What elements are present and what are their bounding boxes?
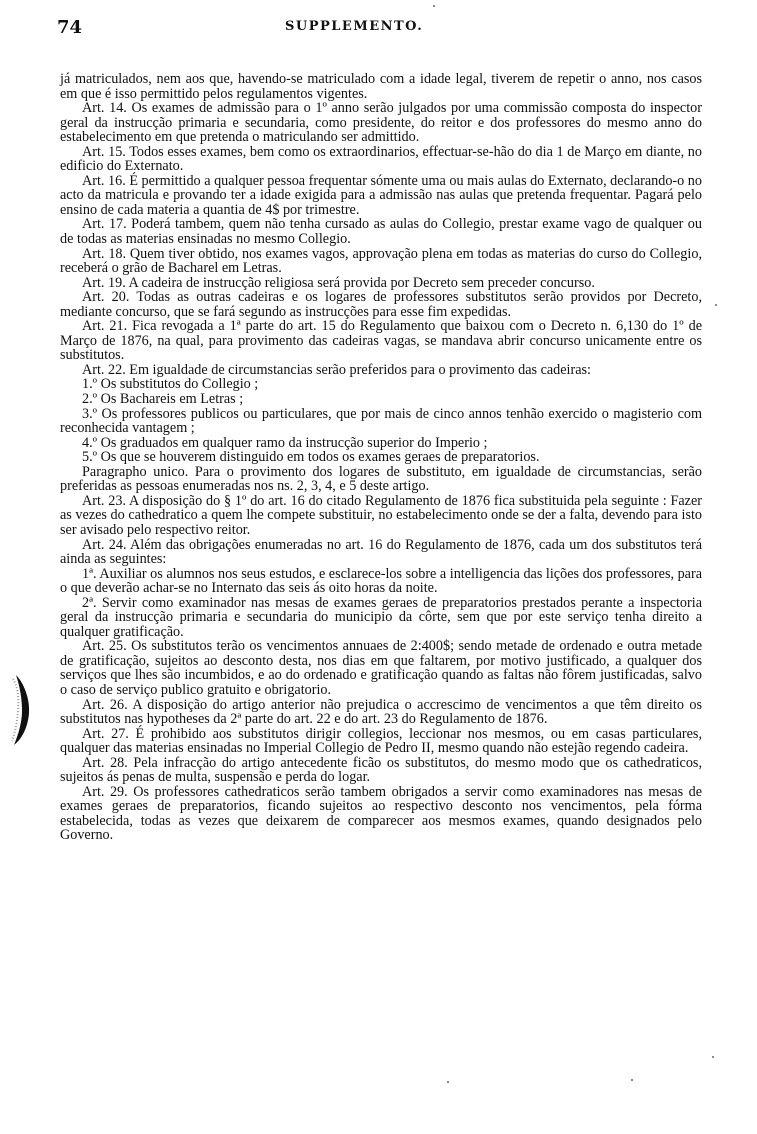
document-page: 74 SUPPLEMENTO. já matriculados, nem aos… xyxy=(0,0,757,1134)
article-24-item-1: 1ª. Auxiliar os alumnos nos seus estudos… xyxy=(60,567,702,596)
running-title: SUPPLEMENTO. xyxy=(285,19,423,34)
article-24-item-2: 2ª. Servir como examinador nas mesas de … xyxy=(60,596,702,640)
article-22-item-2: 2.º Os Bachareis em Letras ; xyxy=(60,392,702,407)
article-22-paragrapho-unico: Paragrapho unico. Para o provimento dos … xyxy=(60,465,702,494)
article-22: Art. 22. Em igualdade de circumstancias … xyxy=(60,363,702,378)
article-16: Art. 16. É permittido a qualquer pessoa … xyxy=(60,174,702,218)
article-15: Art. 15. Todos esses exames, bem como os… xyxy=(60,145,702,174)
scan-speck xyxy=(715,304,717,306)
article-27: Art. 27. É prohibido aos substitutos dir… xyxy=(60,727,702,756)
article-21: Art. 21. Fica revogada a 1ª parte do art… xyxy=(60,319,702,363)
scan-speck xyxy=(631,1079,633,1081)
scan-speck xyxy=(447,1081,449,1083)
article-22-item-5: 5.º Os que se houverem distinguido em to… xyxy=(60,450,702,465)
page-header: 74 SUPPLEMENTO. xyxy=(57,17,697,37)
document-body: já matriculados, nem aos que, havendo-se… xyxy=(60,72,702,843)
article-17: Art. 17. Poderá tambem, quem não tenha c… xyxy=(60,217,702,246)
article-28: Art. 28. Pela infracção do artigo antece… xyxy=(60,756,702,785)
article-20: Art. 20. Todas as outras cadeiras e os l… xyxy=(60,290,702,319)
article-22-item-1: 1.º Os substitutos do Collegio ; xyxy=(60,377,702,392)
scan-speck xyxy=(433,5,435,7)
paragraph-continuation: já matriculados, nem aos que, havendo-se… xyxy=(60,72,702,101)
article-19: Art. 19. A cadeira de instrucção religio… xyxy=(60,276,702,291)
article-26: Art. 26. A disposição do artigo anterior… xyxy=(60,698,702,727)
article-25: Art. 25. Os substitutos terão os vencime… xyxy=(60,639,702,697)
article-29: Art. 29. Os professores cathedraticos se… xyxy=(60,785,702,843)
article-14: Art. 14. Os exames de admissão para o 1º… xyxy=(60,101,702,145)
scan-artifact-mark xyxy=(10,673,34,747)
scan-speck xyxy=(712,1056,714,1058)
article-22-item-3: 3.º Os professores publicos ou particula… xyxy=(60,407,702,436)
article-18: Art. 18. Quem tiver obtido, nos exames v… xyxy=(60,247,702,276)
article-22-item-4: 4.º Os graduados em qualquer ramo da ins… xyxy=(60,436,702,451)
page-number: 74 xyxy=(57,17,82,38)
article-24: Art. 24. Além das obrigações enumeradas … xyxy=(60,538,702,567)
article-23: Art. 23. A disposição do § 1º do art. 16… xyxy=(60,494,702,538)
